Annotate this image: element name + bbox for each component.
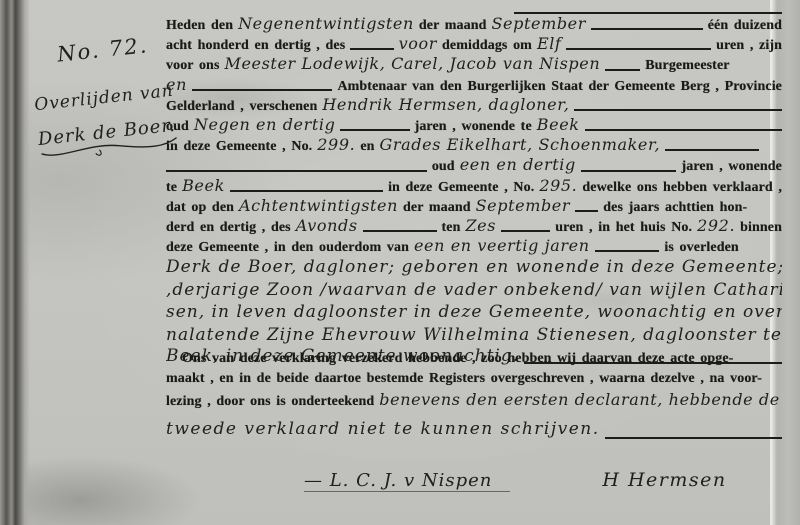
document-line: Derk de Boer, dagloner; geboren en wonen… [166,256,782,279]
blank-fill-rule [166,170,427,172]
printed-text: in deze Gemeente , No. [166,137,312,155]
handwritten-entry: Avonds [296,216,358,236]
blank-fill-rule [501,230,550,232]
handwritten-entry: voor [399,34,437,54]
margin-annotation: No. 72. Overlijden van Derk de Boer. [28,31,180,164]
handwritten-entry: Zes [465,216,496,236]
blank-fill-rule [566,48,711,50]
printed-text: en [360,137,374,155]
printed-text: Ons van deze verklaring verzekerd hebben… [166,349,733,369]
printed-text: Heden den [166,16,233,34]
document-line: lezing , door ons is onderteekendbeneven… [166,390,782,410]
handwritten-entry: Derk de Boer, dagloner; geboren en wonen… [166,256,782,279]
signatures-row: — L. C. J. v NispenH Hermsen [166,469,782,492]
printed-text: der maand [403,198,471,216]
printed-text: Burgemeester [645,56,729,74]
printed-text: dewelke ons hebben verklaard , [582,178,782,196]
handwritten-entry: ,derjarige Zoon /waarvan de vader onbeke… [166,279,782,302]
document-line: derd en dertig , desAvondstenZesuren , i… [166,216,782,236]
blank-fill-rule [595,250,660,252]
blank-fill-rule [574,109,782,111]
handwritten-entry: een en veertig jaren [414,236,590,256]
printed-text: ten [442,218,461,236]
document-line: Gelderland , verschenenHendrik Hermsen, … [166,95,782,115]
document-line: deze Gemeente , in den ouderdom vaneen e… [166,236,782,256]
printed-text: jaren , wonende te [415,117,532,135]
blank-fill-rule [591,28,703,30]
printed-text: Ambtenaar van den Burgerlijken Staat der… [337,77,782,95]
document-line: teBeekin deze Gemeente , No.295.dewelke … [166,176,782,196]
record-number: No. 72. [56,31,170,67]
signature-official: — L. C. J. v Nispen [304,470,510,492]
handwritten-entry: 295. [539,176,577,196]
printed-text: oud [432,157,455,175]
handwritten-entry: nalatende Zijne Ehevrouw Wilhelmina Stie… [166,324,782,347]
printed-text: Gelderland , verschenen [166,97,317,115]
printed-text: der maand [419,16,487,34]
document-line: maakt , en in de beide daartoe bestemde … [166,369,782,389]
handwritten-entry: 299. [317,135,355,155]
printed-text: voor ons [166,56,220,74]
document-line: acht honderd en dertig , desvoordemiddag… [166,34,782,54]
handwritten-entry: tweede verklaard niet te kunnen schrijve… [166,419,600,439]
document-line: ,derjarige Zoon /waarvan de vader onbeke… [166,279,782,302]
handwritten-entry: September [476,196,571,216]
printed-text: oud [166,117,189,135]
printed-text: dat op den [166,198,234,216]
blank-fill-rule [605,437,782,439]
printed-text: deze Gemeente , in den ouderdom van [166,238,409,256]
handwritten-entry: Grades Eikelhart, Schoenmaker, [380,135,661,155]
blank-fill-rule [585,129,782,131]
handwritten-entry: een en dertig [460,155,576,175]
printed-text: binnen [740,218,782,236]
printed-text: in deze Gemeente , No. [388,178,534,196]
printed-text: demiddags om [442,36,532,54]
printed-text: maakt , en in de beide daartoe bestemde … [166,369,762,389]
signature-declarant: H Hermsen [602,469,726,491]
handwritten-entry: Elf [537,34,562,54]
blank-fill-rule [230,190,383,192]
printed-text: is overleden [664,238,738,256]
blank-fill-rule [605,69,640,71]
document-line: oudNegen en dertigjaren , wonende teBeek [166,115,782,135]
blank-fill-rule [575,210,598,212]
handwritten-entry: Meester Lodewijk, Carel, Jacob van Nispe… [225,54,601,74]
book-binding-edge [0,0,30,525]
blank-fill-rule [340,129,409,131]
document-line: Ons van deze verklaring verzekerd hebben… [166,349,782,369]
death-record-scan: No. 72. Overlijden van Derk de Boer. Hed… [0,0,800,525]
blank-fill-rule [665,149,758,151]
document-line: enAmbtenaar van den Burgerlijken Staat d… [166,75,782,95]
document-line: nalatende Zijne Ehevrouw Wilhelmina Stie… [166,324,782,347]
blank-fill-rule [581,170,677,172]
blank-fill-rule [192,89,332,91]
handwritten-entry: Beek [182,176,225,196]
handwritten-entry: Negen en dertig [194,115,336,135]
printed-text: acht honderd en dertig , des [166,36,345,54]
document-line: in deze Gemeente , No.299.enGrades Eikel… [166,135,782,155]
document-line: dat op denAchtentwintigstender maandSept… [166,196,782,216]
handwritten-entry: en [166,75,187,95]
document-line: tweede verklaard niet te kunnen schrijve… [166,419,782,443]
printed-text: één duizend [708,16,782,34]
handwritten-entry: September [492,14,587,34]
document-line: sen, in leven dagloonster in deze Gemeen… [166,301,782,324]
printed-text: uren , zijn [716,36,782,54]
body-lines: Heden denNegenentwintigstender maandSept… [166,14,782,492]
printed-text: uren , in het huis No. [555,218,692,236]
document-line: voor onsMeester Lodewijk, Carel, Jacob v… [166,54,782,74]
handwritten-entry: Achtentwintigsten [239,196,398,216]
handwritten-entry: sen, in leven dagloonster in deze Gemeen… [166,301,782,324]
printed-text: lezing , door ons is onderteekend [166,392,374,410]
handwritten-entry: benevens den eersten declarant, hebbende… [379,390,780,410]
document-line: oudeen en dertigjaren , wonende [166,155,782,175]
printed-text: derd en dertig , des [166,218,291,236]
printed-text: des jaars achttien hon- [603,198,747,216]
handwritten-entry: Beek [537,115,580,135]
blank-fill-rule [350,48,393,50]
printed-text: jaren , wonende [681,157,782,175]
handwritten-entry: 292. [697,216,735,236]
handwritten-entry: Negenentwintigsten [238,14,414,34]
printed-text: te [166,178,177,196]
document-line: Heden denNegenentwintigstender maandSept… [166,14,782,34]
handwritten-entry: Hendrik Hermsen, dagloner, [322,95,569,115]
margin-title-line1: Overlijden van [33,81,174,116]
blank-fill-rule [363,230,437,232]
